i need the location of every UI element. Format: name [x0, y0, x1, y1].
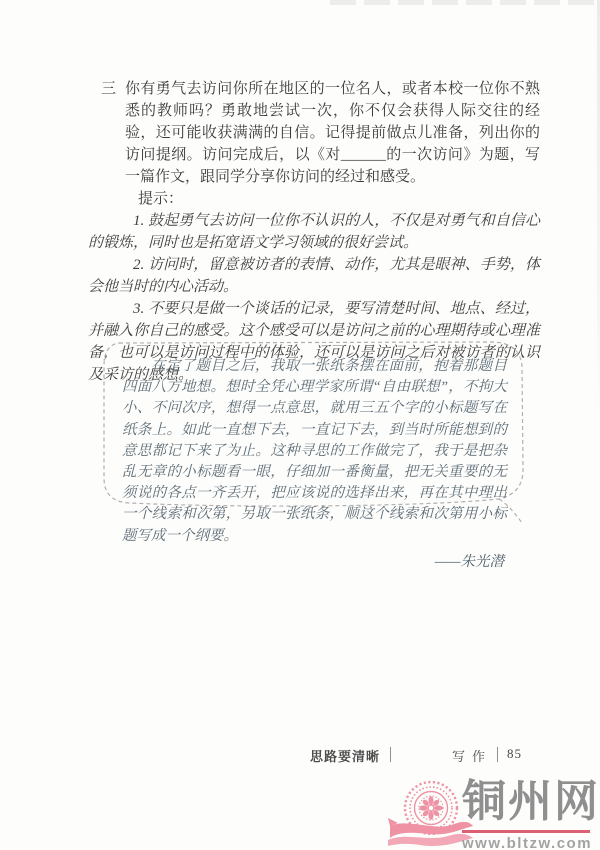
hint-item-2: 2. 访问时，留意被访者的表情、动作，尤其是眼神、手势，体会他当时的内心活动。 [88, 254, 540, 298]
quote-text: 在定了题目之后，我取一张纸条摆在面前，抱着那题目四面八方地想。想时全凭心理学家所… [95, 336, 532, 547]
watermark-site-url: www.bltzw.com [462, 835, 600, 850]
footer-section-title: 思路要清晰 [310, 746, 380, 765]
hints-label: 提示： [138, 188, 540, 210]
quote-attribution: ——朱光潜 [95, 550, 532, 571]
footer-page-number: 85 [507, 746, 522, 762]
watermark-site-name: 铜州网 [462, 776, 600, 828]
footer-chapter-label: 写作 [452, 746, 492, 765]
exercise-prompt-wrap: 三 你有勇气去访问你所在地区的一位名人，或者本校一位你不熟悉的教师吗？勇敢地尝试… [88, 78, 540, 188]
hint-item-1: 1. 鼓起勇气去访问一位你不认识的人，不仅是对勇气和自信心的锻炼，同时也是拓宽语… [88, 210, 540, 254]
watermark: 铜州网 www.bltzw.com [388, 776, 600, 850]
scan-artifact-top [330, 0, 600, 5]
exercise-number: 三 [101, 78, 116, 100]
exercise-prompt: 你有勇气去访问你所在地区的一位名人，或者本校一位你不熟悉的教师吗？勇敢地尝试一次… [125, 81, 540, 185]
watermark-text-block: 铜州网 www.bltzw.com [462, 776, 600, 850]
footer-divider-1 [390, 747, 391, 762]
quote-box: 在定了题目之后，我取一张纸条摆在面前，抱着那题目四面八方地想。想时全凭心理学家所… [95, 336, 532, 532]
page-footer: 思路要清晰 写作 85 [0, 746, 600, 766]
footer-divider-2 [497, 747, 498, 762]
textbook-page: 三 你有勇气去访问你所在地区的一位名人，或者本校一位你不熟悉的教师吗？勇敢地尝试… [0, 0, 600, 850]
watermark-red-line [462, 830, 590, 833]
